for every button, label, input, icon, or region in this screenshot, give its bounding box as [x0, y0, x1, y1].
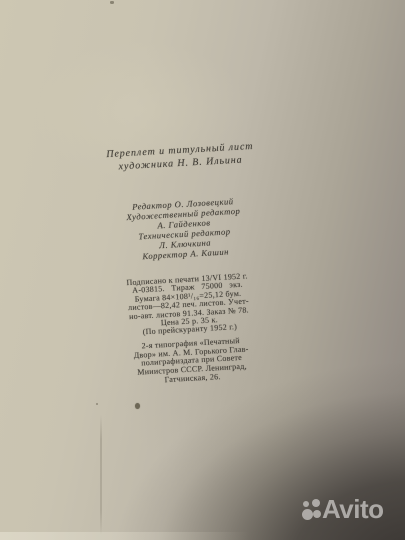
print-info-block: Подписано к печати 13/VI 1952 г. А-03815… — [30, 267, 348, 343]
avito-logo-dot — [313, 510, 321, 518]
avito-brand-text: Avito — [322, 494, 384, 525]
avito-logo-dot — [312, 499, 320, 507]
page-bottom-edge — [0, 532, 250, 540]
page-crease — [100, 415, 102, 535]
paper-speck — [135, 403, 140, 409]
paper-speck — [96, 403, 98, 405]
artist-credit-block: Переплет и титульный лист художника Н. В… — [22, 135, 338, 179]
book-colophon-photo: Переплет и титульный лист художника Н. В… — [0, 0, 405, 540]
avito-watermark: Avito — [295, 490, 405, 535]
colophon-text: Переплет и титульный лист художника Н. В… — [22, 135, 350, 392]
avito-logo-dot — [302, 509, 313, 520]
editors-block: Редактор О. Лозовецкий Художественный ре… — [25, 190, 343, 267]
paper-speck — [110, 1, 114, 4]
avito-logo-dot — [303, 501, 309, 507]
